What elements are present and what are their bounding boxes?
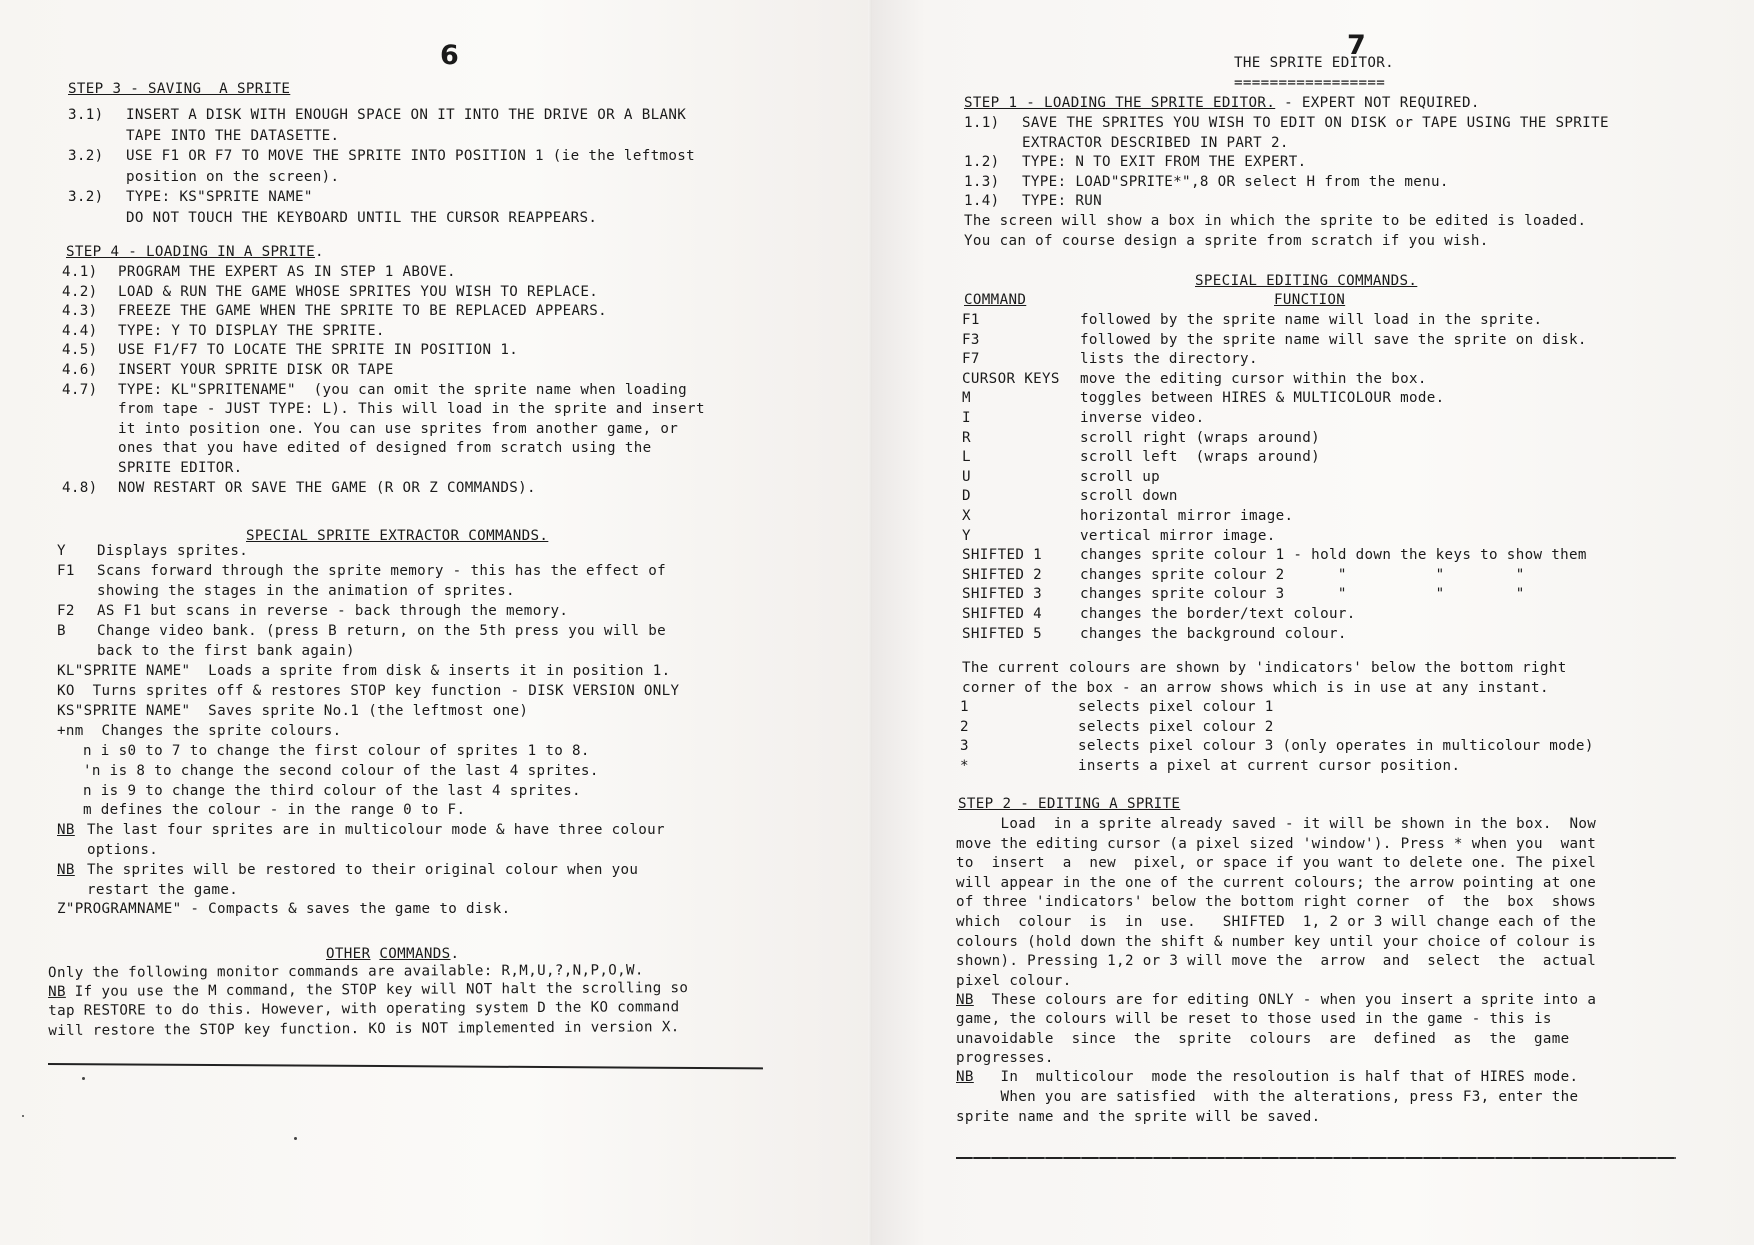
colour-note: 'n is 8 to change the second colour of t… [57,762,679,782]
command-line: BChange video bank. (press B return, on … [57,622,679,642]
paragraph-line: colours (hold down the shift & number ke… [956,933,1596,953]
item-number [68,127,126,148]
command-row: Mtoggles between HIRES & MULTICOLOUR mod… [962,389,1587,409]
page-6: 6 STEP 3 - SAVING A SPRITE 3.1)INSERT A … [0,0,872,1245]
step3-heading: STEP 3 - SAVING A SPRITE [68,80,290,99]
list-item-line: 1.3)TYPE: LOAD"SPRITE*",8 OR select H fr… [964,173,1609,193]
command-row: Iinverse video. [962,409,1587,429]
other-nb: NB If you use the M command, the STOP ke… [48,979,689,1041]
command-desc: showing the stages in the animation of s… [97,582,515,602]
page-7: 7 THE SPRITE EDITOR. ================= S… [872,0,1754,1245]
command-desc: Displays sprites. [97,542,248,562]
nb-line: options. [57,841,679,861]
nb-label [57,881,87,901]
z-command: Z"PROGRAMNAME" - Compacts & saves the ga… [57,900,679,920]
step1-list: 1.1)SAVE THE SPRITES YOU WISH TO EDIT ON… [964,114,1609,212]
command-function: changes the background colour. [1080,625,1347,645]
command-key [57,642,97,662]
step1-heading-text: STEP 1 - LOADING THE SPRITE EDITOR. [964,95,1275,111]
command-key: KS"SPRITE NAME" [57,702,208,722]
command-line: back to the first bank again) [57,642,679,662]
other-heading-b: COMMANDS [379,946,450,962]
editing-commands-table: F1followed by the sprite name will load … [962,311,1587,644]
item-number: 4.2) [62,283,118,303]
item-text: TYPE: RUN [1022,192,1102,212]
step2-closing: When you are satisfied with the alterati… [956,1088,1578,1128]
nb-text: progresses. [956,1049,1054,1068]
command-row: SHIFTED 1changes sprite colour 1 - hold … [962,546,1587,566]
paragraph-line: move the editing cursor (a pixel sized '… [956,835,1596,855]
colour-note: n i s0 to 7 to change the first colour o… [57,742,679,762]
nb-line: NBThe last four sprites are in multicolo… [57,821,679,841]
command-function: changes sprite colour 1 - hold down the … [1080,546,1587,566]
item-number: 3.2) [68,188,126,209]
list-item-line: SPRITE EDITOR. [62,459,705,479]
list-item-line: 4.1)PROGRAM THE EXPERT AS IN STEP 1 ABOV… [62,263,705,283]
paragraph-line: The current colours are shown by 'indica… [962,659,1567,679]
item-number: 4.7) [62,381,118,401]
command-row: Lscroll left (wraps around) [962,448,1587,468]
command-desc: Loads a sprite from disk & inserts it in… [208,662,670,682]
command-function: scroll down [1080,487,1178,507]
command-line: showing the stages in the animation of s… [57,582,679,602]
paragraph-line: You can of course design a sprite from s… [964,232,1586,252]
command-key: F3 [962,331,1080,351]
command-row: 2selects pixel colour 2 [960,718,1594,738]
paragraph-line: corner of the box - an arrow shows which… [962,679,1567,699]
command-desc: Saves sprite No.1 (the leftmost one) [208,702,528,722]
command-row: 1selects pixel colour 1 [960,698,1594,718]
item-number [62,400,118,420]
nb-label: NB [48,983,66,1002]
item-text: TYPE: KS"SPRITE NAME" [126,188,313,209]
nb-text: options. [87,841,158,861]
command-row: SHIFTED 2changes sprite colour 2 " " " [962,566,1587,586]
list-item-line: EXTRACTOR DESCRIBED IN PART 2. [964,134,1609,154]
nb-text: unavoidable since the sprite colours are… [956,1030,1570,1049]
command-desc: Turns sprites off & restores STOP key fu… [93,682,680,702]
list-item-line: 1.1)SAVE THE SPRITES YOU WISH TO EDIT ON… [964,114,1609,134]
command-function: scroll right (wraps around) [1080,429,1320,449]
command-function: selects pixel colour 1 [1078,698,1274,718]
item-text: TYPE: N TO EXIT FROM THE EXPERT. [1022,153,1307,173]
item-text: ones that you have edited of designed fr… [118,439,652,459]
command-row: SHIFTED 3changes sprite colour 3 " " " [962,585,1587,605]
command-line: F2AS F1 but scans in reverse - back thro… [57,602,679,622]
paragraph-line: to insert a new pixel, or space if you w… [956,854,1596,874]
nb-line: will restore the STOP key function. KO i… [48,1018,688,1041]
command-key: SHIFTED 5 [962,625,1080,645]
item-text: TYPE: Y TO DISPLAY THE SPRITE. [118,322,385,342]
item-number [62,420,118,440]
item-number: 1.4) [964,192,1022,212]
command-desc: Changes the sprite colours. [101,722,341,742]
item-number: 1.2) [964,153,1022,173]
divider-rule [48,1063,763,1069]
command-desc: Scans forward through the sprite memory … [97,562,666,582]
command-key: X [962,507,1080,527]
colour-note: n is 9 to change the third colour of the… [57,782,679,802]
list-item-line: from tape - JUST TYPE: L). This will loa… [62,400,705,420]
command-function: lists the directory. [1080,350,1258,370]
command-desc: Change video bank. (press B return, on t… [97,622,666,642]
nb-label: NB [57,861,87,881]
command-function: vertical mirror image. [1080,527,1276,547]
speck [82,1077,85,1080]
step1-after: The screen will show a box in which the … [964,212,1586,252]
editing-heading: SPECIAL EDITING COMMANDS. [1195,272,1417,291]
nb-text: These colours are for editing ONLY - whe… [974,991,1596,1010]
heading-suffix: - EXPERT NOT REQUIRED. [1275,95,1480,111]
command-row: 3selects pixel colour 3 (only operates i… [960,737,1594,757]
command-key: SHIFTED 3 [962,585,1080,605]
item-number: 4.8) [62,479,118,499]
command-key: SHIFTED 1 [962,546,1080,566]
command-key: * [960,757,1078,777]
step4-heading-text: STEP 4 - LOADING IN A SPRITE [66,244,315,260]
divider-rule [956,1157,1676,1159]
item-text: SPRITE EDITOR. [118,459,242,479]
item-text: INSERT A DISK WITH ENOUGH SPACE ON IT IN… [126,106,686,127]
command-key: SHIFTED 4 [962,605,1080,625]
paragraph-line: The screen will show a box in which the … [964,212,1586,232]
command-line: YDisplays sprites. [57,542,679,562]
item-text: USE F1 OR F7 TO MOVE THE SPRITE INTO POS… [126,147,695,168]
command-row: F1followed by the sprite name will load … [962,311,1587,331]
list-item-line: 4.2)LOAD & RUN THE GAME WHOSE SPRITES YO… [62,283,705,303]
command-line: F1Scans forward through the sprite memor… [57,562,679,582]
command-function: move the editing cursor within the box. [1080,370,1427,390]
command-key: M [962,389,1080,409]
extractor-commands: YDisplays sprites.F1Scans forward throug… [57,542,679,920]
list-item-line: position on the screen). [68,168,695,189]
item-number [62,439,118,459]
list-item-line: 4.7)TYPE: KL"SPRITENAME" (you can omit t… [62,381,705,401]
nb-text: The last four sprites are in multicolour… [87,821,665,841]
paragraph-line: will appear in the one of the current co… [956,874,1596,894]
step2-nb2: NB In multicolour mode the resoloution i… [956,1068,1578,1087]
command-line: KL"SPRITE NAME" Loads a sprite from disk… [57,662,679,682]
command-row: SHIFTED 4changes the border/text colour. [962,605,1587,625]
command-desc: AS F1 but scans in reverse - back throug… [97,602,568,622]
step1-heading: STEP 1 - LOADING THE SPRITE EDITOR. - EX… [964,94,1480,113]
nb-line: NBThe sprites will be restored to their … [57,861,679,881]
item-number: 4.4) [62,322,118,342]
item-number: 3.2) [68,147,126,168]
command-key: 2 [960,718,1078,738]
list-item-line: 4.8)NOW RESTART OR SAVE THE GAME (R OR Z… [62,479,705,499]
other-heading-a: OTHER [326,946,370,962]
step2-nb1: NB These colours are for editing ONLY - … [956,991,1596,1069]
list-item-line: 3.1)INSERT A DISK WITH ENOUGH SPACE ON I… [68,106,695,127]
item-text: EXTRACTOR DESCRIBED IN PART 2. [1022,134,1289,154]
col-command: COMMAND [964,291,1026,310]
command-function: selects pixel colour 2 [1078,718,1274,738]
paragraph-line: which colour is in use. SHIFTED 1, 2 or … [956,913,1596,933]
item-text: TYPE: LOAD"SPRITE*",8 OR select H from t… [1022,173,1449,193]
command-function: followed by the sprite name will save th… [1080,331,1587,351]
command-function: inserts a pixel at current cursor positi… [1078,757,1460,777]
item-number [62,459,118,479]
command-key: F2 [57,602,97,622]
command-key: KL"SPRITE NAME" [57,662,208,682]
list-item-line: 4.4)TYPE: Y TO DISPLAY THE SPRITE. [62,322,705,342]
command-key: F1 [57,562,97,582]
command-key: CURSOR KEYS [962,370,1080,390]
list-item-line: 4.6)INSERT YOUR SPRITE DISK OR TAPE [62,361,705,381]
list-item-line: 4.5)USE F1/F7 TO LOCATE THE SPRITE IN PO… [62,341,705,361]
list-item-line: 3.2)USE F1 OR F7 TO MOVE THE SPRITE INTO… [68,147,695,168]
command-row: F3followed by the sprite name will save … [962,331,1587,351]
command-function: scroll up [1080,468,1160,488]
command-row: Dscroll down [962,487,1587,507]
item-text: LOAD & RUN THE GAME WHOSE SPRITES YOU WI… [118,283,598,303]
command-key: +nm [57,722,101,742]
command-key: L [962,448,1080,468]
paragraph-line: shown). Pressing 1,2 or 3 will move the … [956,952,1596,972]
nb-line: game, the colours will be reset to those… [956,1010,1596,1029]
editor-title-rule: ================= [1234,74,1385,93]
command-row: Uscroll up [962,468,1587,488]
nb-label: NB [57,821,87,841]
indicator-text: The current colours are shown by 'indica… [962,659,1567,698]
command-row: *inserts a pixel at current cursor posit… [960,757,1594,777]
item-number: 3.1) [68,106,126,127]
command-key: KO [57,682,93,702]
nb-label: NB [956,991,974,1010]
editor-title: THE SPRITE EDITOR. [1234,54,1394,73]
command-function: selects pixel colour 3 (only operates in… [1078,737,1594,757]
command-key: R [962,429,1080,449]
command-key: 3 [960,737,1078,757]
list-item-line: DO NOT TOUCH THE KEYBOARD UNTIL THE CURS… [68,209,695,230]
item-text: TYPE: KL"SPRITENAME" (you can omit the s… [118,381,687,401]
list-item-line: 4.3)FREEZE THE GAME WHEN THE SPRITE TO B… [62,302,705,322]
command-key: Y [962,527,1080,547]
step4-heading: STEP 4 - LOADING IN A SPRITE. [66,243,324,262]
command-key: I [962,409,1080,429]
nb-line: progresses. [956,1049,1596,1068]
nb-text: game, the colours will be reset to those… [956,1010,1552,1029]
step2-paragraph: Load in a sprite already saved - it will… [956,815,1596,991]
item-text: DO NOT TOUCH THE KEYBOARD UNTIL THE CURS… [126,209,597,230]
nb-line: restart the game. [57,881,679,901]
heading-suffix: . [315,244,324,260]
command-line: KS"SPRITE NAME" Saves sprite No.1 (the l… [57,702,679,722]
command-line: KO Turns sprites off & restores STOP key… [57,682,679,702]
command-row: Yvertical mirror image. [962,527,1587,547]
item-number: 4.6) [62,361,118,381]
step3-list: 3.1)INSERT A DISK WITH ENOUGH SPACE ON I… [68,106,695,229]
list-item-line: 3.2)TYPE: KS"SPRITE NAME" [68,188,695,209]
item-number [964,134,1022,154]
command-function: changes sprite colour 3 " " " [1080,585,1525,605]
paragraph-line: of three 'indicators' below the bottom r… [956,893,1596,913]
list-item-line: ones that you have edited of designed fr… [62,439,705,459]
command-function: followed by the sprite name will load in… [1080,311,1542,331]
paragraph-line: sprite name and the sprite will be saved… [956,1108,1578,1128]
item-text: TAPE INTO THE DATASETTE. [126,127,339,148]
nb2-text: In multicolour mode the resoloution is h… [974,1069,1579,1085]
paragraph-line: pixel colour. [956,972,1596,992]
command-row: F7lists the directory. [962,350,1587,370]
col-function: FUNCTION [1274,291,1345,310]
nb-line: unavoidable since the sprite colours are… [956,1030,1596,1049]
command-function: scroll left (wraps around) [1080,448,1320,468]
item-number: 4.5) [62,341,118,361]
command-key: SHIFTED 2 [962,566,1080,586]
command-desc: back to the first bank again) [97,642,355,662]
command-row: SHIFTED 5changes the background colour. [962,625,1587,645]
item-text: NOW RESTART OR SAVE THE GAME (R OR Z COM… [118,479,536,499]
item-number [68,168,126,189]
command-line: +nm Changes the sprite colours. [57,722,679,742]
pixel-commands: 1selects pixel colour 12selects pixel co… [960,698,1594,776]
command-function: toggles between HIRES & MULTICOLOUR mode… [1080,389,1445,409]
paragraph-line: When you are satisfied with the alterati… [956,1088,1578,1108]
item-number [68,209,126,230]
step4-list: 4.1)PROGRAM THE EXPERT AS IN STEP 1 ABOV… [62,263,705,498]
command-key: D [962,487,1080,507]
heading-suffix: . [451,946,460,962]
manual-spread: 6 STEP 3 - SAVING A SPRITE 3.1)INSERT A … [0,0,1754,1245]
command-function: horizontal mirror image. [1080,507,1293,527]
command-key: U [962,468,1080,488]
nb-line: NB These colours are for editing ONLY - … [956,991,1596,1010]
command-key: F7 [962,350,1080,370]
item-number: 4.1) [62,263,118,283]
command-function: inverse video. [1080,409,1204,429]
command-key: 1 [960,698,1078,718]
item-text: position on the screen). [126,168,339,189]
paragraph-line: Load in a sprite already saved - it will… [956,815,1596,835]
item-text: FREEZE THE GAME WHEN THE SPRITE TO BE RE… [118,302,607,322]
nb-label [57,841,87,861]
step2-heading: STEP 2 - EDITING A SPRITE [958,795,1180,814]
speck [294,1137,297,1140]
nb-text: will restore the STOP key function. KO i… [48,1018,679,1041]
command-row: CURSOR KEYSmove the editing cursor withi… [962,370,1587,390]
command-row: Rscroll right (wraps around) [962,429,1587,449]
item-text: from tape - JUST TYPE: L). This will loa… [118,400,705,420]
item-text: SAVE THE SPRITES YOU WISH TO EDIT ON DIS… [1022,114,1609,134]
item-number: 1.1) [964,114,1022,134]
command-row: Xhorizontal mirror image. [962,507,1587,527]
nb-text: restart the game. [87,881,238,901]
list-item-line: TAPE INTO THE DATASETTE. [68,127,695,148]
item-text: USE F1/F7 TO LOCATE THE SPRITE IN POSITI… [118,341,518,361]
nb-label: NB [956,1069,974,1085]
list-item-line: 1.4)TYPE: RUN [964,192,1609,212]
item-text: INSERT YOUR SPRITE DISK OR TAPE [118,361,394,381]
item-number: 1.3) [964,173,1022,193]
command-function: changes the border/text colour. [1080,605,1356,625]
item-text: it into position one. You can use sprite… [118,420,678,440]
nb-text: The sprites will be restored to their or… [87,861,638,881]
command-key [57,582,97,602]
list-item-line: it into position one. You can use sprite… [62,420,705,440]
item-text: PROGRAM THE EXPERT AS IN STEP 1 ABOVE. [118,263,456,283]
command-key: B [57,622,97,642]
speck [22,1115,24,1117]
list-item-line: 1.2)TYPE: N TO EXIT FROM THE EXPERT. [964,153,1609,173]
item-number: 4.3) [62,302,118,322]
command-function: changes sprite colour 2 " " " [1080,566,1525,586]
command-key: Y [57,542,97,562]
colour-note: m defines the colour - in the range 0 to… [57,801,679,821]
page-number: 6 [440,40,459,71]
command-key: F1 [962,311,1080,331]
